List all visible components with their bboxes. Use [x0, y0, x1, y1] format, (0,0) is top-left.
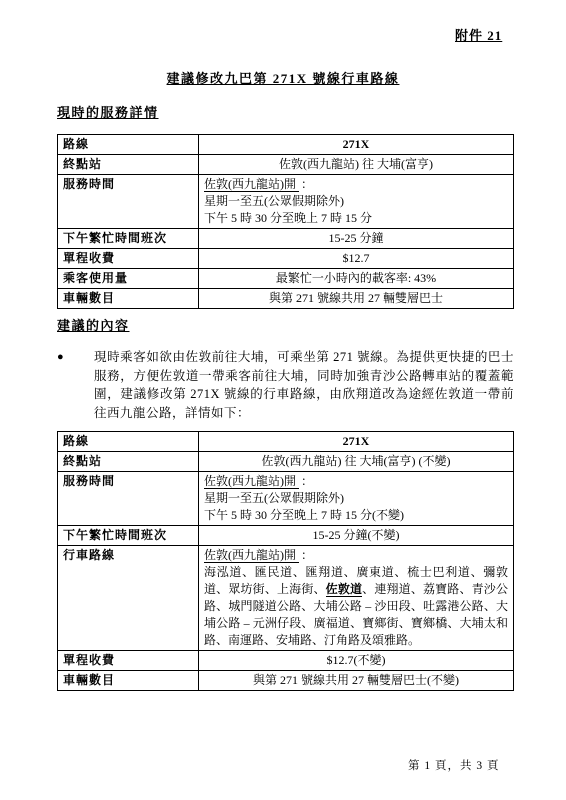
page-number: 第 1 頁，共 3 頁 — [408, 757, 500, 773]
service-hours-colon: ： — [301, 474, 313, 488]
row-value-route: 271X — [199, 135, 514, 155]
service-hours-depart: 佐敦(西九龍站)開 — [204, 474, 299, 489]
row-label-pm-peak: 下午繁忙時間班次 — [58, 229, 199, 249]
table-row-pm-peak: 下午繁忙時間班次 15-25 分鐘 — [58, 229, 514, 249]
row-label-terminus: 終點站 — [58, 452, 199, 472]
row-value-service-hours: 佐敦(西九龍站)開： 星期一至五(公眾假期除外) 下午 5 時 30 分至晚上 … — [199, 472, 514, 526]
service-hours-days: 星期一至五(公眾假期除外) — [204, 193, 508, 210]
table-row-fleet: 車輛數目 與第 271 號線共用 27 輛雙層巴士(不變) — [58, 671, 514, 691]
routing-streets: 海泓道、匯民道、匯翔道、廣東道、梳士巴利道、彌敦道、眾坊街、上海街、佐敦道、連翔… — [204, 564, 508, 649]
document-title-text: 建議修改九巴第 271X 號線行車路線 — [167, 71, 400, 86]
row-label-route: 路線 — [58, 135, 199, 155]
row-value-pm-peak: 15-25 分鐘 — [199, 229, 514, 249]
row-label-service-hours: 服務時間 — [58, 175, 199, 229]
row-value-fare: $12.7 — [199, 249, 514, 269]
table-row-terminus: 終點站 佐敦(西九龍站) 往 大埔(富亨) (不變) — [58, 452, 514, 472]
routing-streets-highlight: 佐敦道 — [326, 582, 363, 597]
routing-colon: ： — [301, 548, 313, 562]
table-row-service-hours: 服務時間 佐敦(西九龍站)開： 星期一至五(公眾假期除外) 下午 5 時 30 … — [58, 175, 514, 229]
attachment-label: 附件 21 — [455, 25, 502, 44]
row-value-routing: 佐敦(西九龍站)開： 海泓道、匯民道、匯翔道、廣東道、梳士巴利道、彌敦道、眾坊街… — [199, 546, 514, 651]
row-label-routing: 行車路線 — [58, 546, 199, 651]
row-value-terminus: 佐敦(西九龍站) 往 大埔(富亨) — [199, 155, 514, 175]
document-page: 附件 21 建議修改九巴第 271X 號線行車路線 現時的服務詳情 路線 271… — [0, 0, 566, 800]
proposal-bullet-paragraph: ● 現時乘客如欲由佐敦前往大埔，可乘坐第 271 號線。為提供更快捷的巴士服務，… — [57, 348, 514, 422]
table-row-route: 路線 271X — [58, 432, 514, 452]
table-row-service-hours: 服務時間 佐敦(西九龍站)開： 星期一至五(公眾假期除外) 下午 5 時 30 … — [58, 472, 514, 526]
table-row-patronage: 乘客使用量 最繁忙一小時內的載客率: 43% — [58, 269, 514, 289]
document-title: 建議修改九巴第 271X 號線行車路線 — [0, 68, 566, 87]
service-hours-depart-line: 佐敦(西九龍站)開： — [204, 176, 508, 193]
service-hours-colon: ： — [301, 177, 313, 191]
table-row-fare: 單程收費 $12.7(不變) — [58, 651, 514, 671]
service-hours-depart: 佐敦(西九龍站)開 — [204, 177, 299, 192]
row-value-fleet: 與第 271 號線共用 27 輛雙層巴士(不變) — [199, 671, 514, 691]
row-label-fare: 單程收費 — [58, 249, 199, 269]
row-label-terminus: 終點站 — [58, 155, 199, 175]
section-heading-proposal: 建議的內容 — [57, 315, 130, 334]
table-row-terminus: 終點站 佐敦(西九龍站) 往 大埔(富亨) — [58, 155, 514, 175]
table-row-pm-peak: 下午繁忙時間班次 15-25 分鐘(不變) — [58, 526, 514, 546]
row-label-fleet: 車輛數目 — [58, 289, 199, 309]
row-value-fare: $12.7(不變) — [199, 651, 514, 671]
proposal-paragraph-text: 現時乘客如欲由佐敦前往大埔，可乘坐第 271 號線。為提供更快捷的巴士服務，方便… — [94, 348, 514, 422]
row-label-route: 路線 — [58, 432, 199, 452]
service-hours-time: 下午 5 時 30 分至晚上 7 時 15 分(不變) — [204, 507, 508, 524]
row-value-route: 271X — [199, 432, 514, 452]
service-hours-depart-line: 佐敦(西九龍站)開： — [204, 473, 508, 490]
row-value-fleet: 與第 271 號線共用 27 輛雙層巴士 — [199, 289, 514, 309]
row-label-pm-peak: 下午繁忙時間班次 — [58, 526, 199, 546]
routing-depart: 佐敦(西九龍站)開 — [204, 548, 299, 563]
row-label-service-hours: 服務時間 — [58, 472, 199, 526]
service-hours-days: 星期一至五(公眾假期除外) — [204, 490, 508, 507]
row-label-fare: 單程收費 — [58, 651, 199, 671]
table-row-fleet: 車輛數目 與第 271 號線共用 27 輛雙層巴士 — [58, 289, 514, 309]
table-row-route: 路線 271X — [58, 135, 514, 155]
table-row-fare: 單程收費 $12.7 — [58, 249, 514, 269]
proposed-service-table: 路線 271X 終點站 佐敦(西九龍站) 往 大埔(富亨) (不變) 服務時間 … — [57, 431, 514, 691]
bullet-icon: ● — [57, 348, 94, 422]
routing-depart-line: 佐敦(西九龍站)開： — [204, 547, 508, 564]
row-value-service-hours: 佐敦(西九龍站)開： 星期一至五(公眾假期除外) 下午 5 時 30 分至晚上 … — [199, 175, 514, 229]
row-label-fleet: 車輛數目 — [58, 671, 199, 691]
section-heading-current-service: 現時的服務詳情 — [57, 102, 159, 121]
row-value-patronage: 最繁忙一小時內的載客率: 43% — [199, 269, 514, 289]
service-hours-time: 下午 5 時 30 分至晚上 7 時 15 分 — [204, 210, 508, 227]
row-value-pm-peak: 15-25 分鐘(不變) — [199, 526, 514, 546]
row-label-patronage: 乘客使用量 — [58, 269, 199, 289]
table-row-routing: 行車路線 佐敦(西九龍站)開： 海泓道、匯民道、匯翔道、廣東道、梳士巴利道、彌敦… — [58, 546, 514, 651]
row-value-terminus: 佐敦(西九龍站) 往 大埔(富亨) (不變) — [199, 452, 514, 472]
current-service-table: 路線 271X 終點站 佐敦(西九龍站) 往 大埔(富亨) 服務時間 佐敦(西九… — [57, 134, 514, 309]
